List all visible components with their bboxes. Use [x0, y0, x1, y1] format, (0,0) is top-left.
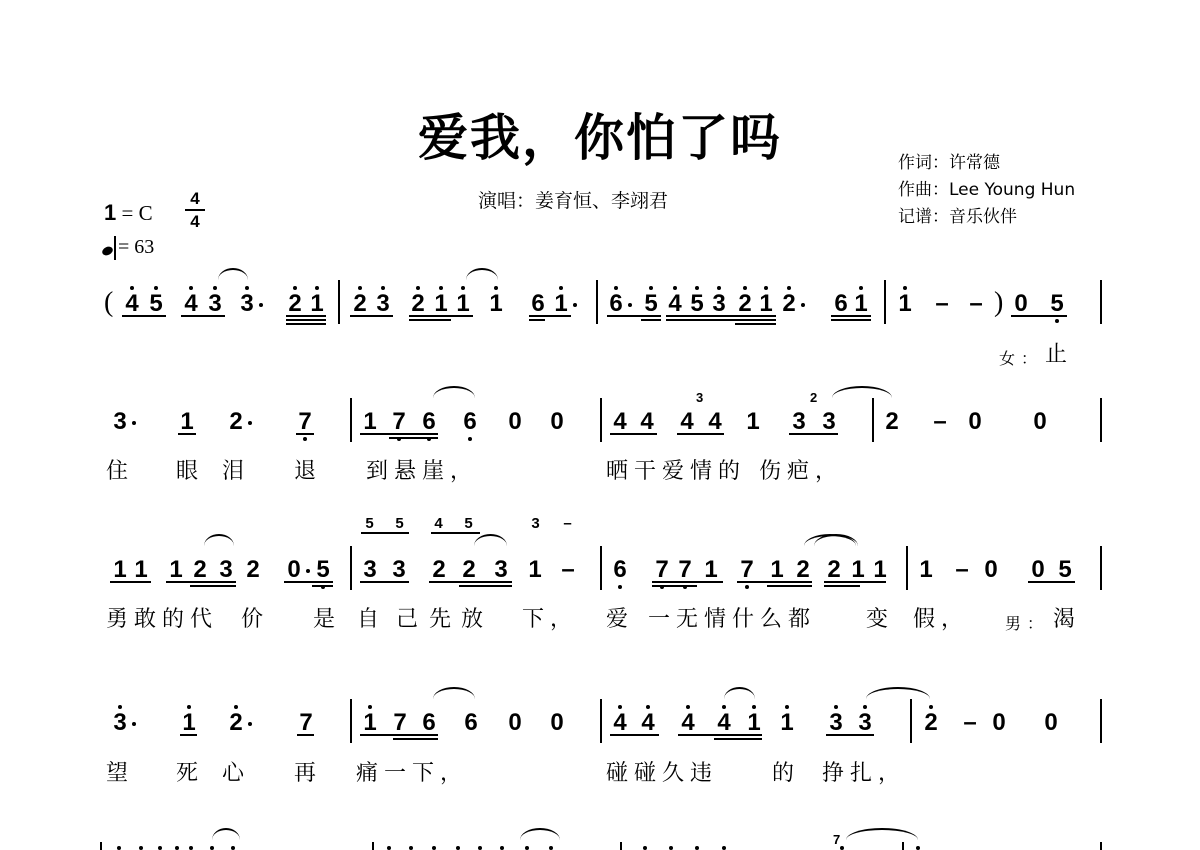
- note: 2: [795, 558, 811, 582]
- octave-up-dot-icon: [785, 705, 789, 709]
- note: 6: [421, 410, 437, 434]
- note: 6: [463, 711, 479, 735]
- ossia-underline: [361, 532, 409, 534]
- note: 5: [315, 558, 331, 582]
- note: 4: [679, 410, 695, 434]
- note: 6: [462, 410, 478, 434]
- note: 3: [493, 558, 509, 582]
- duration-underline: [459, 585, 512, 587]
- octave-up-dot-icon: [695, 846, 699, 850]
- octave-up-dot-icon: [189, 286, 193, 290]
- duration-underline: [826, 734, 874, 736]
- note: 3: [711, 292, 727, 316]
- octave-up-dot-icon: [189, 846, 193, 850]
- octave-up-dot-icon: [695, 286, 699, 290]
- octave-down-dot-icon: [618, 585, 622, 589]
- octave-up-dot-icon: [559, 286, 563, 290]
- note: 1: [746, 711, 762, 735]
- duration-underline: [641, 319, 661, 321]
- duration-underline: [610, 734, 659, 736]
- barline: [600, 699, 602, 743]
- note: 1: [758, 292, 774, 316]
- note: 6: [833, 292, 849, 316]
- note: 2: [410, 292, 426, 316]
- note: 1: [769, 558, 785, 582]
- note: 4: [716, 711, 732, 735]
- note: 0: [991, 711, 1007, 735]
- octave-up-dot-icon: [614, 286, 618, 290]
- note: –: [932, 410, 948, 434]
- note: 2: [192, 558, 208, 582]
- lyric-text: 爱: [606, 608, 634, 632]
- octave-up-dot-icon: [187, 705, 191, 709]
- slur-icon: [218, 268, 248, 280]
- lyric-text: 挣扎，: [822, 762, 906, 786]
- octave-up-dot-icon: [840, 846, 844, 850]
- note: 0: [1032, 410, 1048, 434]
- note: 1: [918, 558, 934, 582]
- octave-up-dot-icon: [929, 705, 933, 709]
- octave-up-dot-icon: [717, 286, 721, 290]
- octave-down-dot-icon: [468, 437, 472, 441]
- slur-icon: [466, 268, 498, 280]
- duration-underline: [529, 315, 571, 317]
- duration-underline: [296, 433, 314, 435]
- ossia-underline: [431, 532, 480, 534]
- repeat-paren: ): [994, 287, 1003, 319]
- note: 3: [362, 558, 378, 582]
- duration-underline: [824, 581, 886, 583]
- ossia-note: 3: [530, 516, 541, 531]
- note: 4: [612, 711, 628, 735]
- lyric-text: 下，: [522, 608, 578, 632]
- duration-underline: [1011, 315, 1067, 317]
- barline: [1100, 699, 1102, 743]
- note: 4: [612, 410, 628, 434]
- note: 7: [298, 711, 314, 735]
- duration-underline: [429, 581, 512, 583]
- note: 1: [897, 292, 913, 316]
- duration-underline: [360, 734, 438, 736]
- lyric-text: 勇敢的代: [106, 608, 218, 632]
- note: 1: [112, 558, 128, 582]
- octave-up-dot-icon: [231, 846, 235, 850]
- duration-underline: [122, 315, 166, 317]
- lyric-text: 痛一下，: [356, 762, 468, 786]
- note: 1: [433, 292, 449, 316]
- octave-up-dot-icon: [673, 286, 677, 290]
- octave-up-dot-icon: [722, 705, 726, 709]
- note: 0: [549, 711, 565, 735]
- note: 1: [527, 558, 543, 582]
- lyric-text: 退: [294, 460, 322, 484]
- lyric-text: 女：: [999, 347, 1043, 371]
- note: 1: [133, 558, 149, 582]
- note: 1: [853, 292, 869, 316]
- note: 6: [612, 558, 628, 582]
- lyric-text: 价: [241, 608, 269, 632]
- octave-up-dot-icon: [175, 846, 179, 850]
- lyric-text: 男：: [1005, 612, 1049, 636]
- note: 1: [179, 410, 195, 434]
- note: 5: [1057, 558, 1073, 582]
- barline: [872, 398, 874, 442]
- note: 3: [828, 711, 844, 735]
- slur-icon: [433, 386, 475, 398]
- octave-up-dot-icon: [387, 846, 391, 850]
- note: 2: [228, 711, 244, 735]
- duration-underline: [677, 433, 724, 435]
- note: 0: [1030, 558, 1046, 582]
- duration-underline: [1028, 581, 1075, 583]
- duration-underline: [166, 581, 236, 583]
- octave-up-dot-icon: [439, 286, 443, 290]
- lyric-text: 一无情什么都: [648, 608, 816, 632]
- note: 1: [553, 292, 569, 316]
- barline: [884, 280, 886, 324]
- score-area: (45433212321116165453212611––)05女：止31271…: [0, 0, 1200, 850]
- note: 5: [689, 292, 705, 316]
- note: 3: [821, 410, 837, 434]
- lyric-text: 变: [866, 608, 894, 632]
- note: 7: [677, 558, 693, 582]
- note: 6: [530, 292, 546, 316]
- lyric-text: 死: [176, 762, 204, 786]
- barline: [1100, 546, 1102, 590]
- note: 6: [608, 292, 624, 316]
- octave-up-dot-icon: [649, 286, 653, 290]
- barline: [600, 398, 602, 442]
- octave-up-dot-icon: [381, 286, 385, 290]
- octave-up-dot-icon: [646, 705, 650, 709]
- lyric-text: 泪: [222, 460, 250, 484]
- note: 2: [923, 711, 939, 735]
- slur-icon: [846, 828, 918, 840]
- ossia-note: –: [562, 516, 573, 531]
- lyric-text: 止: [1045, 343, 1073, 367]
- slur-icon: [433, 687, 475, 699]
- augmentation-dot-icon: [306, 569, 310, 573]
- note: 2: [352, 292, 368, 316]
- note: 0: [549, 410, 565, 434]
- note: 0: [1043, 711, 1059, 735]
- duration-underline: [286, 315, 326, 317]
- note: 7: [739, 558, 755, 582]
- note: 5: [148, 292, 164, 316]
- lyric-text: 先: [429, 608, 457, 632]
- note: 1: [779, 711, 795, 735]
- note: 5: [643, 292, 659, 316]
- duration-underline: [824, 585, 860, 587]
- octave-up-dot-icon: [409, 846, 413, 850]
- duration-underline: [529, 319, 545, 321]
- octave-up-dot-icon: [478, 846, 482, 850]
- barline: [600, 546, 602, 590]
- barline: [1100, 280, 1102, 324]
- lyric-text: 碰碰久违: [606, 762, 718, 786]
- duration-underline: [393, 738, 438, 740]
- octave-up-dot-icon: [117, 846, 121, 850]
- duration-underline: [286, 319, 326, 321]
- note: 7: [391, 410, 407, 434]
- note: 3: [218, 558, 234, 582]
- octave-up-dot-icon: [834, 705, 838, 709]
- ossia-note: 4: [433, 516, 444, 531]
- note: 3: [391, 558, 407, 582]
- note: 2: [826, 558, 842, 582]
- octave-up-dot-icon: [118, 705, 122, 709]
- octave-up-dot-icon: [500, 846, 504, 850]
- octave-down-dot-icon: [1055, 319, 1059, 323]
- slur-icon: [204, 534, 234, 546]
- note: 2: [461, 558, 477, 582]
- lyric-text: 晒干爱情的 伤疤，: [606, 460, 843, 484]
- duration-underline: [178, 433, 196, 435]
- lyric-text: 住: [106, 460, 134, 484]
- barline: [902, 842, 904, 850]
- octave-up-dot-icon: [234, 705, 238, 709]
- barline: [350, 546, 352, 590]
- augmentation-dot-icon: [248, 722, 252, 726]
- augmentation-dot-icon: [132, 421, 136, 425]
- note: 1: [362, 410, 378, 434]
- note: 2: [781, 292, 797, 316]
- ossia-note: 5: [394, 516, 405, 531]
- barline: [620, 842, 622, 850]
- duration-underline: [714, 738, 762, 740]
- duration-underline: [389, 437, 438, 439]
- note: 3: [791, 410, 807, 434]
- slur-icon: [724, 687, 755, 699]
- note: –: [954, 558, 970, 582]
- duration-underline: [767, 585, 812, 587]
- duration-underline: [652, 581, 723, 583]
- note: 1: [181, 711, 197, 735]
- octave-up-dot-icon: [245, 286, 249, 290]
- note: 0: [1013, 292, 1029, 316]
- note: 2: [287, 292, 303, 316]
- duration-underline: [297, 734, 314, 736]
- note: 4: [183, 292, 199, 316]
- note: 0: [983, 558, 999, 582]
- duration-underline: [350, 315, 393, 317]
- lyric-text: 己: [396, 608, 424, 632]
- octave-up-dot-icon: [368, 705, 372, 709]
- augmentation-dot-icon: [132, 722, 136, 726]
- octave-up-dot-icon: [154, 286, 158, 290]
- note: 0: [286, 558, 302, 582]
- note: 5: [1049, 292, 1065, 316]
- augmentation-dot-icon: [248, 421, 252, 425]
- note: 1: [488, 292, 504, 316]
- octave-up-dot-icon: [130, 286, 134, 290]
- octave-up-dot-icon: [764, 286, 768, 290]
- slur-icon: [520, 828, 560, 840]
- duration-underline: [360, 433, 438, 435]
- note: 7: [297, 410, 313, 434]
- note: 0: [507, 410, 523, 434]
- augmentation-dot-icon: [801, 303, 805, 307]
- grace-note: 3: [696, 390, 703, 405]
- octave-up-dot-icon: [213, 286, 217, 290]
- duration-underline: [610, 433, 657, 435]
- barline: [100, 842, 102, 850]
- lyric-text: 再: [294, 762, 322, 786]
- note: 2: [431, 558, 447, 582]
- note: 3: [857, 711, 873, 735]
- note: 2: [884, 410, 900, 434]
- slur-icon: [212, 828, 240, 840]
- augmentation-dot-icon: [628, 303, 632, 307]
- octave-up-dot-icon: [618, 705, 622, 709]
- note: 2: [228, 410, 244, 434]
- lyric-text: 自: [357, 608, 385, 632]
- duration-underline: [180, 734, 197, 736]
- octave-up-dot-icon: [643, 846, 647, 850]
- octave-up-dot-icon: [669, 846, 673, 850]
- barline: [906, 546, 908, 590]
- note: 1: [703, 558, 719, 582]
- slur-icon: [866, 687, 930, 699]
- lyric-text: 放: [461, 608, 489, 632]
- note: –: [968, 292, 984, 316]
- note: 2: [245, 558, 261, 582]
- octave-up-dot-icon: [461, 286, 465, 290]
- note: 3: [375, 292, 391, 316]
- note: 4: [667, 292, 683, 316]
- duration-underline: [409, 315, 473, 317]
- duration-underline: [831, 319, 871, 321]
- duration-underline: [831, 315, 871, 317]
- note: 3: [239, 292, 255, 316]
- octave-up-dot-icon: [494, 286, 498, 290]
- note: 1: [850, 558, 866, 582]
- grace-note: 7: [833, 832, 840, 847]
- duration-underline: [737, 581, 812, 583]
- lyric-text: 的: [772, 762, 800, 786]
- lyric-text: 渴: [1053, 608, 1081, 632]
- barline: [1100, 842, 1102, 850]
- note: 4: [124, 292, 140, 316]
- augmentation-dot-icon: [259, 303, 263, 307]
- note: 1: [362, 711, 378, 735]
- lyric-text: 到悬崖，: [366, 460, 478, 484]
- note: 1: [872, 558, 888, 582]
- note: 3: [112, 410, 128, 434]
- duration-underline: [286, 323, 326, 325]
- slur-icon: [832, 386, 892, 398]
- note: 1: [168, 558, 184, 582]
- octave-up-dot-icon: [722, 846, 726, 850]
- duration-underline: [789, 433, 838, 435]
- note: 0: [507, 711, 523, 735]
- duration-underline: [666, 319, 776, 321]
- duration-underline: [652, 585, 697, 587]
- note: –: [962, 711, 978, 735]
- duration-underline: [284, 581, 333, 583]
- grace-note: 2: [810, 390, 817, 405]
- note: 3: [112, 711, 128, 735]
- duration-underline: [360, 581, 409, 583]
- octave-up-dot-icon: [863, 705, 867, 709]
- octave-up-dot-icon: [210, 846, 214, 850]
- barline: [1100, 398, 1102, 442]
- note: 0: [967, 410, 983, 434]
- note: 7: [392, 711, 408, 735]
- ossia-note: 5: [364, 516, 375, 531]
- lyric-text: 眼: [176, 460, 204, 484]
- barline: [338, 280, 340, 324]
- octave-up-dot-icon: [743, 286, 747, 290]
- note: 4: [707, 410, 723, 434]
- duration-underline: [312, 585, 333, 587]
- augmentation-dot-icon: [573, 303, 577, 307]
- note: 1: [309, 292, 325, 316]
- duration-underline: [735, 323, 776, 325]
- lyric-text: 是: [313, 608, 341, 632]
- octave-up-dot-icon: [158, 846, 162, 850]
- octave-up-dot-icon: [752, 705, 756, 709]
- note: 7: [654, 558, 670, 582]
- lyric-text: 心: [222, 762, 250, 786]
- duration-underline: [181, 315, 225, 317]
- barline: [350, 699, 352, 743]
- barline: [372, 842, 374, 850]
- note: 1: [455, 292, 471, 316]
- note: 4: [640, 711, 656, 735]
- octave-up-dot-icon: [859, 286, 863, 290]
- lyric-text: 假，: [913, 608, 969, 632]
- octave-up-dot-icon: [358, 286, 362, 290]
- octave-up-dot-icon: [549, 846, 553, 850]
- note: 2: [737, 292, 753, 316]
- octave-up-dot-icon: [456, 846, 460, 850]
- octave-up-dot-icon: [416, 286, 420, 290]
- note: –: [560, 558, 576, 582]
- repeat-paren: (: [104, 287, 113, 319]
- octave-up-dot-icon: [293, 286, 297, 290]
- barline: [596, 280, 598, 324]
- note: –: [934, 292, 950, 316]
- note: 6: [421, 711, 437, 735]
- slur-icon: [474, 534, 507, 546]
- ossia-note: 5: [463, 516, 474, 531]
- barline: [350, 398, 352, 442]
- duration-underline: [607, 315, 661, 317]
- duration-underline: [666, 315, 776, 317]
- duration-underline: [110, 581, 151, 583]
- octave-up-dot-icon: [916, 846, 920, 850]
- octave-up-dot-icon: [525, 846, 529, 850]
- duration-underline: [190, 585, 236, 587]
- octave-up-dot-icon: [903, 286, 907, 290]
- duration-underline: [409, 319, 451, 321]
- lyric-text: 望: [106, 762, 134, 786]
- note: 3: [207, 292, 223, 316]
- octave-up-dot-icon: [315, 286, 319, 290]
- octave-up-dot-icon: [686, 705, 690, 709]
- barline: [910, 699, 912, 743]
- octave-down-dot-icon: [303, 437, 307, 441]
- octave-up-dot-icon: [432, 846, 436, 850]
- duration-underline: [678, 734, 762, 736]
- note: 1: [745, 410, 761, 434]
- note: 4: [639, 410, 655, 434]
- octave-up-dot-icon: [139, 846, 143, 850]
- note: 4: [680, 711, 696, 735]
- octave-up-dot-icon: [787, 286, 791, 290]
- octave-down-dot-icon: [745, 585, 749, 589]
